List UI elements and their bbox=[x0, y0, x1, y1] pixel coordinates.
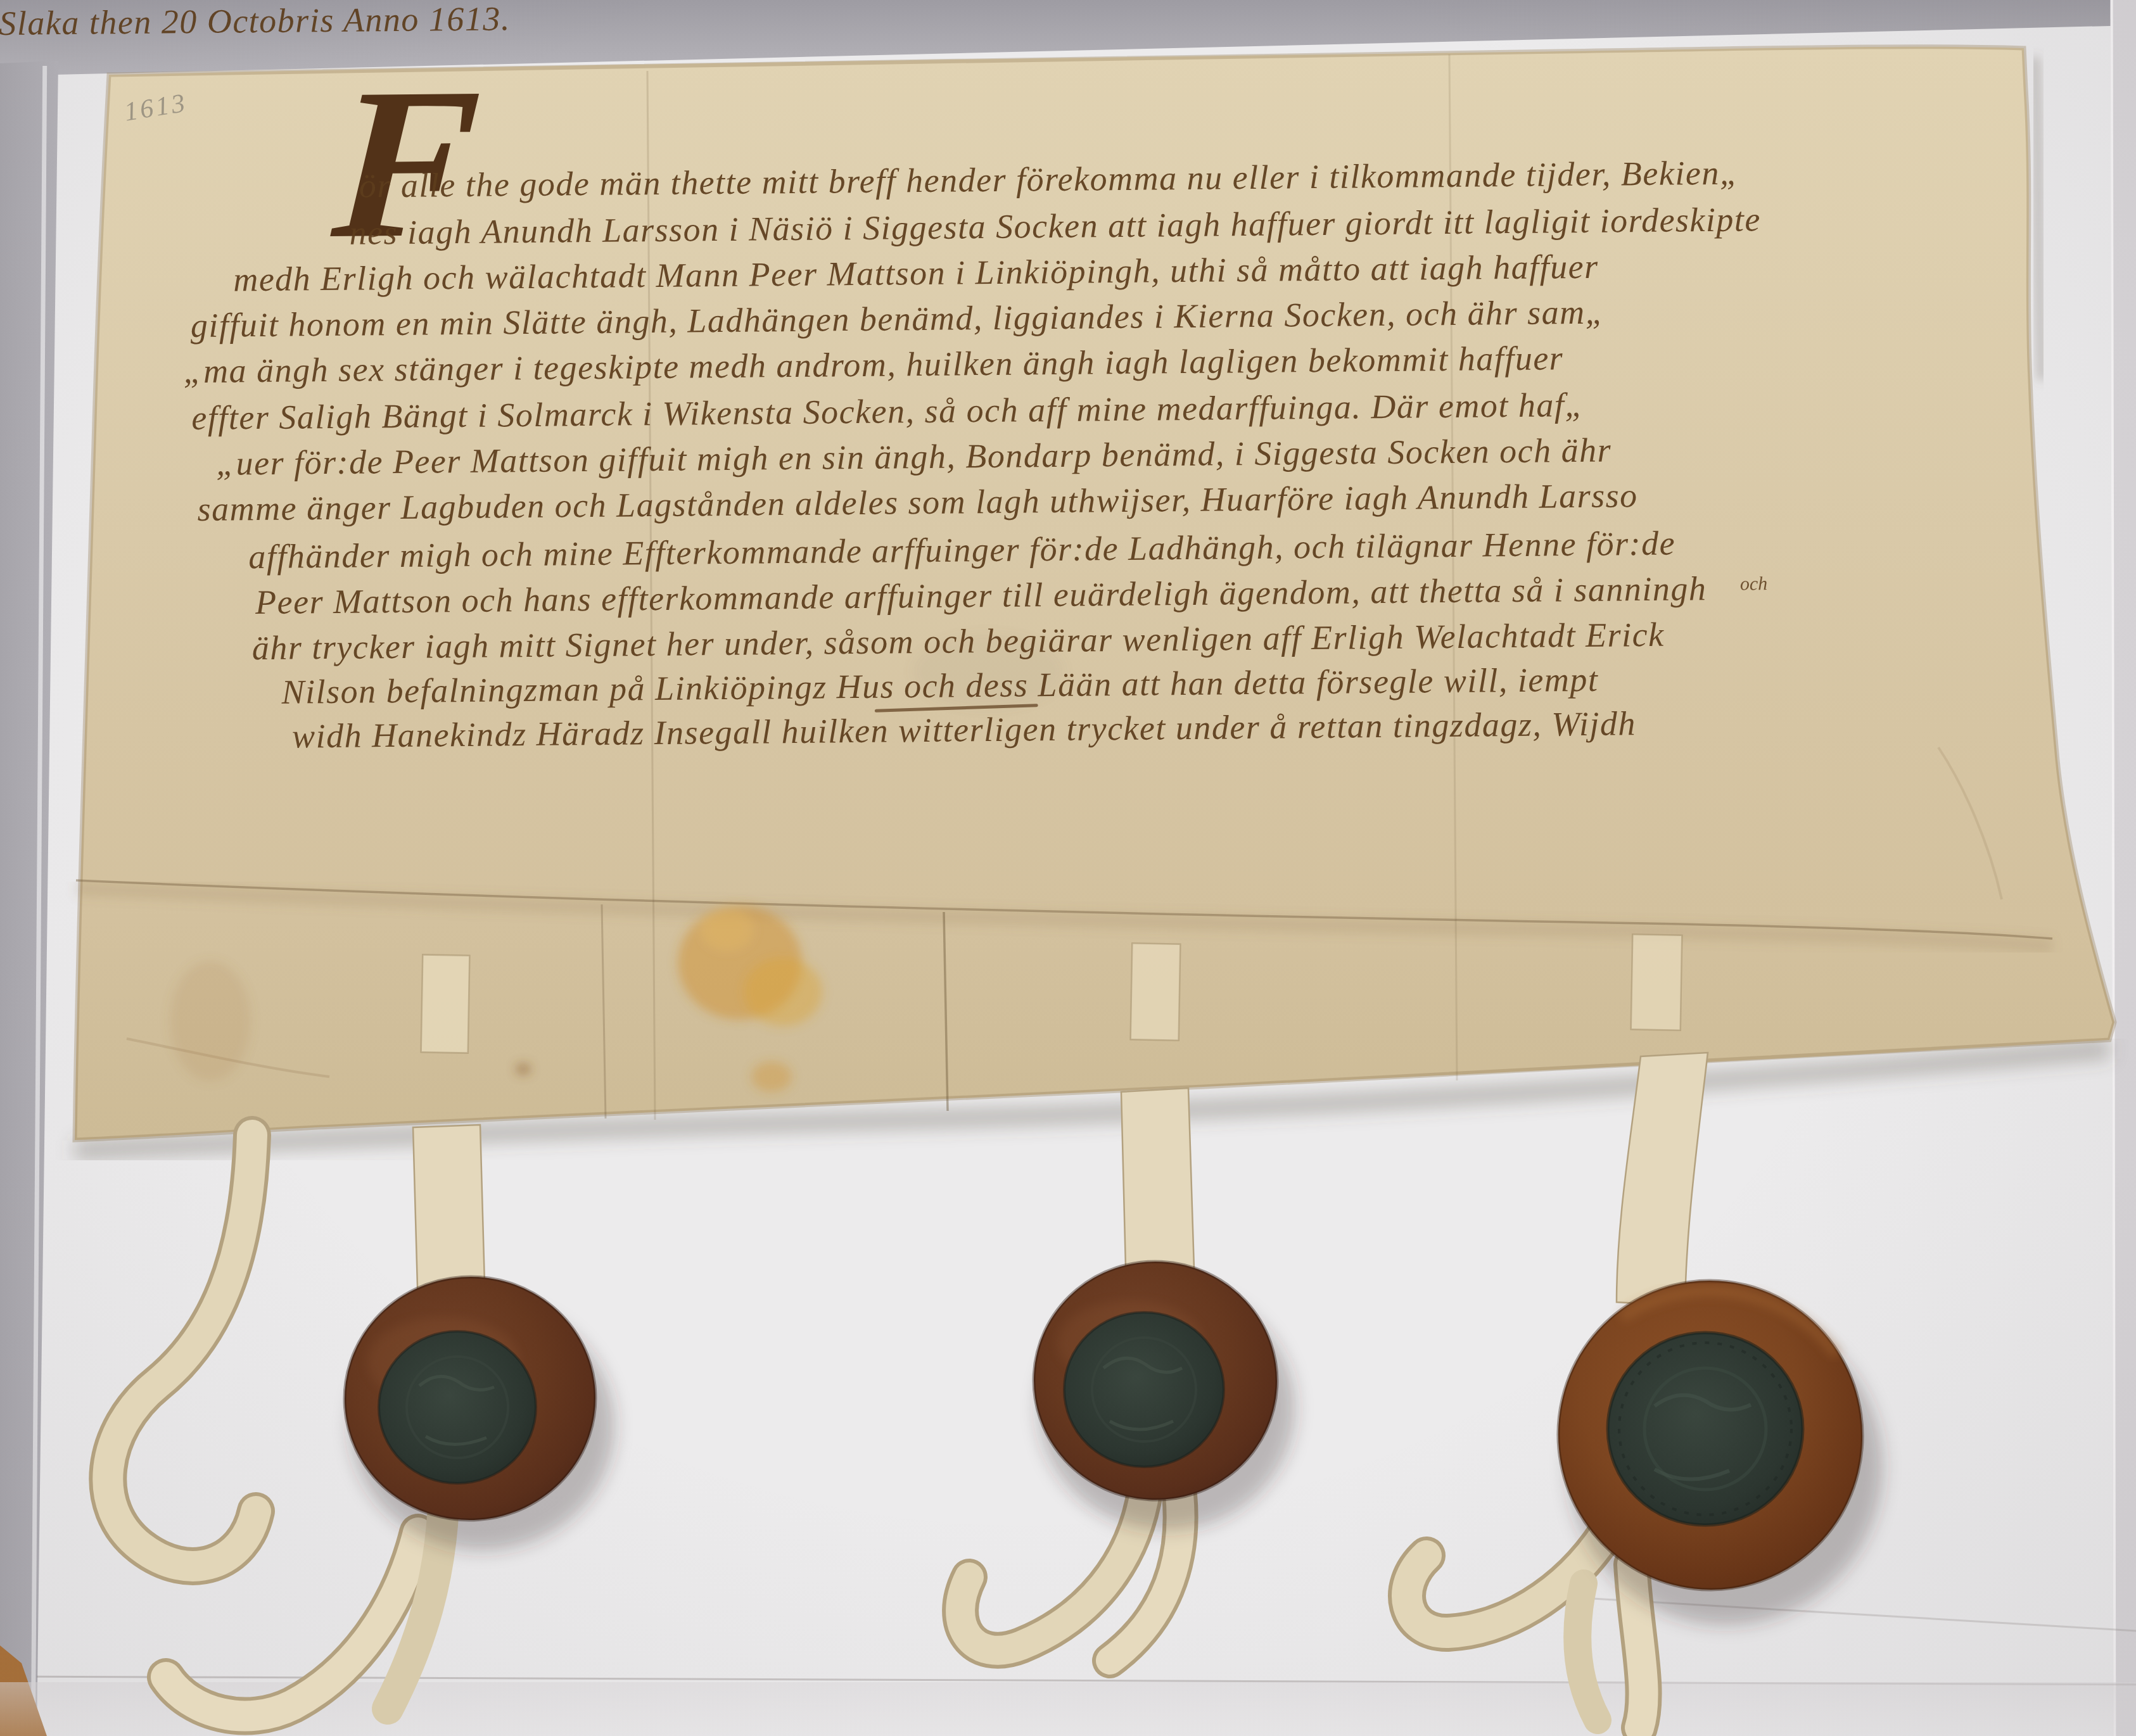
wax-seal-2 bbox=[1027, 1255, 1295, 1530]
charter-artwork bbox=[0, 0, 2136, 1736]
wax-seal-1 bbox=[336, 1269, 614, 1550]
right-edge-shadow bbox=[2035, 57, 2042, 380]
parchment bbox=[75, 47, 2114, 1140]
